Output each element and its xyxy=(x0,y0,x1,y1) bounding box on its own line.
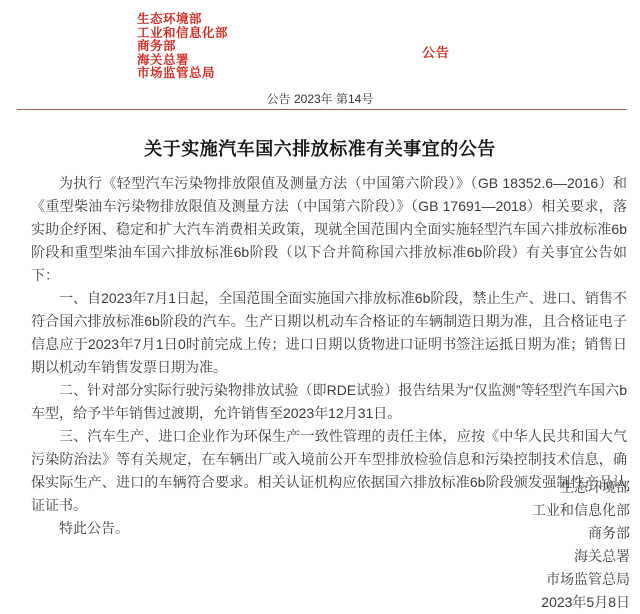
notice-label: 公告 xyxy=(422,42,450,61)
signature-agency: 商务部 xyxy=(31,522,630,545)
signature-agency: 海关总署 xyxy=(31,545,630,568)
signature-agency: 生态环境部 xyxy=(31,476,630,499)
doc-number: 公告 2023年 第14号 xyxy=(0,90,640,107)
announcement-page: 生态环境部 工业和信息化部 商务部 海关总署 市场监管总局 公告 公告 2023… xyxy=(0,0,640,614)
signature-block: 生态环境部 工业和信息化部 商务部 海关总署 市场监管总局 2023年5月8日 xyxy=(31,476,630,614)
paragraph-item-2: 二、针对部分实际行驶污染物排放试验（即RDE试验）报告结果为“仅监测”等轻型汽车… xyxy=(31,379,627,425)
page-title: 关于实施汽车国六排放标准有关事宜的公告 xyxy=(0,135,640,161)
signature-date: 2023年5月8日 xyxy=(31,591,630,614)
agency-line: 生态环境部 xyxy=(137,13,228,27)
signature-agency: 市场监管总局 xyxy=(31,568,630,591)
signature-agency: 工业和信息化部 xyxy=(31,499,630,522)
paragraph-intro: 为执行《轻型汽车污染物排放限值及测量方法（中国第六阶段）》（GB 18352.6… xyxy=(31,172,627,287)
agency-line: 商务部 xyxy=(137,40,228,54)
paragraph-item-1: 一、自2023年7月1日起，全国范围全面实施国六排放标准6b阶段，禁止生产、进口… xyxy=(31,287,627,379)
header-divider xyxy=(17,109,627,110)
agency-line: 市场监管总局 xyxy=(137,67,228,81)
issuing-agencies: 生态环境部 工业和信息化部 商务部 海关总署 市场监管总局 xyxy=(137,13,228,81)
